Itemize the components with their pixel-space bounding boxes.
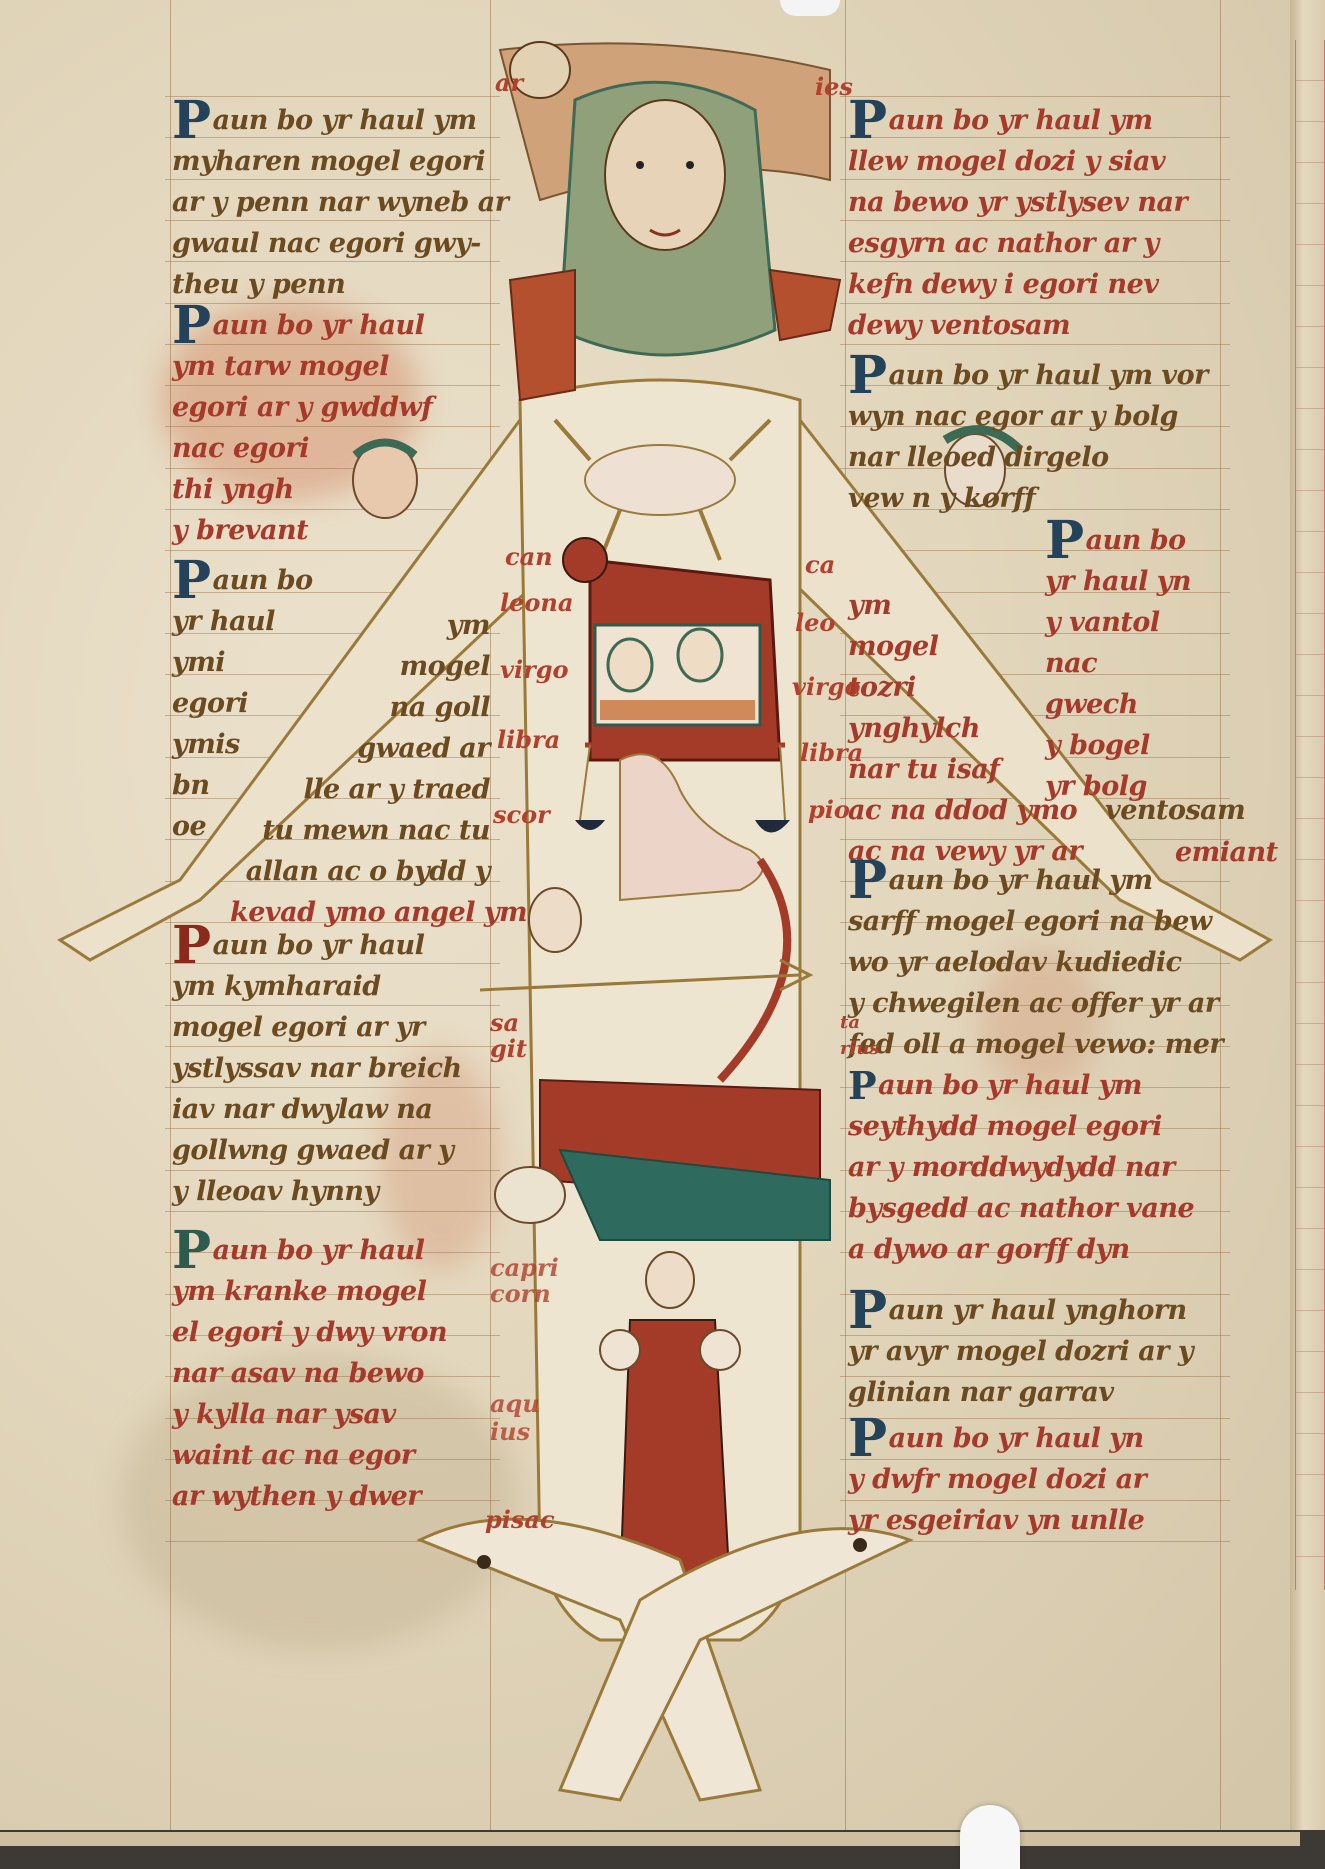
decorated-initial: P (172, 560, 211, 601)
label-virgo-left: virgo (500, 655, 569, 684)
ruling-vertical (845, 0, 846, 1840)
label-pisces-left: pisac (485, 1505, 555, 1534)
right-paragraph-5: Paun bo yr haul ym sarff mogel egori na … (848, 860, 1228, 1065)
decorated-initial: P (848, 1290, 887, 1331)
right-paragraph-8: Paun bo yr haul yn y dwfr mogel dozi ar … (848, 1418, 1228, 1541)
side-note: ventosam (1105, 790, 1245, 831)
decorated-initial: P (848, 860, 887, 901)
label-aquarius: aqu ius (490, 1390, 540, 1446)
page-lower-edge (0, 1832, 1300, 1846)
label-sagittarius: sa git (490, 1010, 530, 1062)
ruling-horizontal (165, 96, 500, 97)
left-mid-lines: ym mogel na goll gwaed ar lle ar y traed… (230, 605, 490, 933)
label-scorpio-left: scor (493, 800, 550, 829)
right-paragraph-7: Paun yr haul ynghorn yr avyr mogel dozri… (848, 1290, 1228, 1413)
left-paragraph-1: Paun bo yr haul ym myharen mogel egori a… (172, 100, 492, 305)
left-paragraph-2: Paun bo yr haul ym tarw mogel egori ar y… (172, 305, 492, 551)
ruling-horizontal (165, 1541, 500, 1542)
label-libra-right: libra (800, 738, 863, 767)
right-paragraph-4: ym mogel tozri ynghylch nar tu isaf ac n… (848, 585, 1108, 872)
decorated-initial: P (172, 925, 211, 966)
page-holder-bottom (960, 1805, 1020, 1869)
decorated-initial: P (172, 305, 211, 346)
label-sagittarius-right: ta rius (840, 1010, 880, 1062)
ruling-vertical (170, 0, 171, 1840)
label-capricorn: capri corn (490, 1255, 540, 1307)
label-scorpio-right: pio (808, 795, 850, 824)
decorated-initial: P (848, 1418, 887, 1459)
label-leo-left: leona (500, 588, 573, 617)
label-aries-right: ies (815, 72, 853, 101)
left-paragraph-4: Paun bo yr haul ym kymharaid mogel egori… (172, 925, 492, 1212)
right-paragraph-6: Paun bo yr haul ym seythydd mogel egori … (848, 1065, 1228, 1270)
label-cancer: can (505, 542, 553, 571)
decorated-initial: P (1045, 520, 1084, 561)
label-cancer-right: ca (805, 550, 835, 579)
label-aries: ar (495, 68, 523, 97)
decorated-initial: P (848, 1065, 876, 1106)
ruling-horizontal (840, 96, 1230, 97)
right-paragraph-2: Paun bo yr haul ym vor wyn nac egor ar y… (848, 355, 1228, 519)
decorated-initial: P (848, 100, 887, 141)
label-libra-left: libra (497, 725, 560, 754)
page-holder-top (780, 0, 840, 16)
decorated-initial: P (848, 355, 887, 396)
right-paragraph-1: Paun bo yr haul ym llew mogel dozi y sia… (848, 100, 1228, 346)
label-leo-right: leo (795, 608, 835, 637)
decorated-initial: P (172, 1230, 211, 1271)
ruling-horizontal (840, 1541, 1230, 1542)
label-virgo-right: virgo (792, 672, 861, 701)
left-paragraph-5: Paun bo yr haul ym kranke mogel el egori… (172, 1230, 492, 1517)
decorated-initial: P (172, 100, 211, 141)
neighbor-page-ruling (1295, 40, 1325, 1590)
